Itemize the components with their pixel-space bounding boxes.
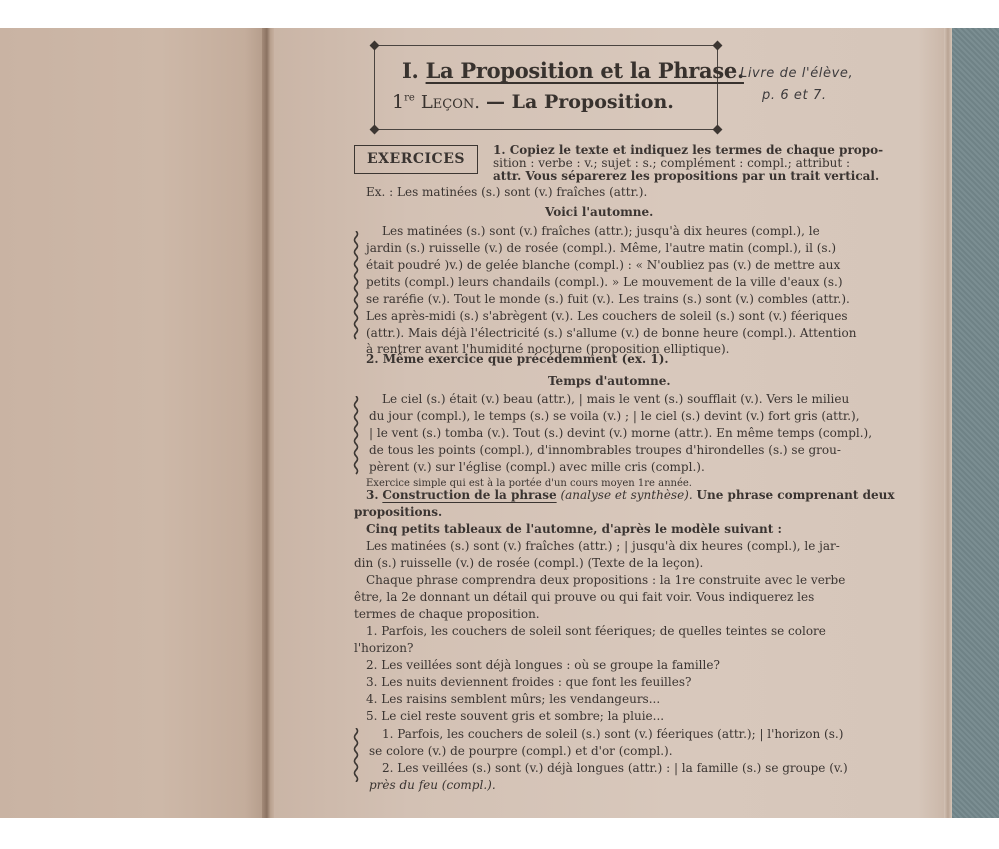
reference-line2: p. 6 et 7. [762, 88, 827, 103]
left-page [0, 28, 266, 818]
text1-line: Les matinées (s.) sont (v.) fraîches (at… [382, 224, 820, 239]
ex3-answer: 2. Les veillées (s.) sont (v.) déjà long… [382, 761, 848, 776]
wavy-bracket-icon [352, 231, 358, 341]
cloth-background [952, 28, 999, 818]
ex3-model-line2: din (s.) ruisselle (v.) de rosée (compl.… [354, 556, 703, 571]
wavy-bracket-icon [352, 728, 358, 782]
ex3-item: 1. Parfois, les couchers de soleil sont … [366, 624, 826, 639]
text1-line: petits (compl.) leurs chandails (compl.)… [366, 275, 843, 290]
exercices-label: EXERCICES [355, 151, 477, 167]
text2-line: | le vent (s.) tomba (v.). Tout (s.) dev… [369, 426, 872, 441]
ex3-answer: près du feu (compl.). [369, 778, 496, 793]
ex3-heading-paren: (analyse et synthèse). [560, 488, 692, 502]
ex3-line1-rest: Une phrase comprenant deux [697, 488, 895, 502]
ex3-answer: 1. Parfois, les couchers de soleil (s.) … [382, 727, 843, 742]
ex3-line1: 3. Construction de la phrase (analyse et… [366, 488, 895, 503]
ex3-model-line1: Les matinées (s.) sont (v.) fraîches (at… [366, 539, 840, 554]
page-edge [944, 28, 952, 818]
text1-title: Voici l'automne. [545, 205, 653, 220]
reference-line1: Livre de l'élève, [740, 66, 853, 81]
ex3-instr-line1: Chaque phrase comprendra deux propositio… [366, 573, 845, 588]
ex3-heading: Construction de la phrase [382, 488, 556, 502]
ex3-line3: Cinq petits tableaux de l'automne, d'apr… [366, 522, 782, 537]
text1-line: jardin (s.) ruisselle (v.) de rosée (com… [366, 241, 836, 256]
ex3-item: l'horizon? [354, 641, 413, 656]
chapter-title-text: La Proposition et la Phrase. [426, 58, 744, 83]
chapter-title: I. La Proposition et la Phrase. [402, 58, 744, 83]
text1-line: était poudré )v.) de gelée blanche (comp… [366, 258, 840, 273]
ex3-item: 2. Les veillées sont déjà longues : où s… [366, 658, 720, 673]
text2-line: Le ciel (s.) était (v.) beau (attr.), | … [382, 392, 849, 407]
lesson-number: 1 [392, 91, 404, 113]
lesson-title: 1re Leçon. — La Proposition. [392, 91, 674, 113]
lesson-number-sup: re [404, 93, 415, 104]
wavy-bracket-icon [352, 396, 358, 476]
ex3-item: 4. Les raisins semblent mûrs; les vendan… [366, 692, 660, 707]
text1-line: Les après-midi (s.) s'abrègent (v.). Les… [366, 309, 848, 324]
text2-line: pèrent (v.) sur l'église (compl.) avec m… [369, 460, 705, 475]
text1-line: (attr.). Mais déjà l'électricité (s.) s'… [366, 326, 856, 341]
text2-line: du jour (compl.), le temps (s.) se voila… [369, 409, 860, 424]
text2-title: Temps d'automne. [548, 374, 671, 389]
lesson-label: Leçon. [421, 92, 480, 113]
chapter-number: I. [402, 58, 419, 83]
exercices-box: EXERCICES [354, 145, 478, 174]
lesson-subject: — La Proposition. [486, 91, 674, 113]
ex1-example: Ex. : Les matinées (s.) sont (v.) fraîch… [366, 185, 647, 200]
ex3-answer: se colore (v.) de pourpre (compl.) et d'… [369, 744, 673, 759]
text1-line: se raréfie (v.). Tout le monde (s.) fuit… [366, 292, 850, 307]
text2-line: de tous les points (compl.), d'innombrab… [369, 443, 841, 458]
ex3-number: 3. [366, 488, 379, 502]
ex3-item: 5. Le ciel reste souvent gris et sombre;… [366, 709, 664, 724]
ex1-line3: attr. Vous séparerez les propositions pa… [493, 169, 879, 184]
ex3-item: 3. Les nuits deviennent froides : que fo… [366, 675, 691, 690]
ex3-instr-line3: termes de chaque proposition. [354, 607, 540, 622]
ex3-instr-line2: être, la 2e donnant un détail qui prouve… [354, 590, 814, 605]
ex3-line2: propositions. [354, 505, 442, 520]
ex2: 2. Même exercice que précédemment (ex. 1… [366, 352, 669, 367]
